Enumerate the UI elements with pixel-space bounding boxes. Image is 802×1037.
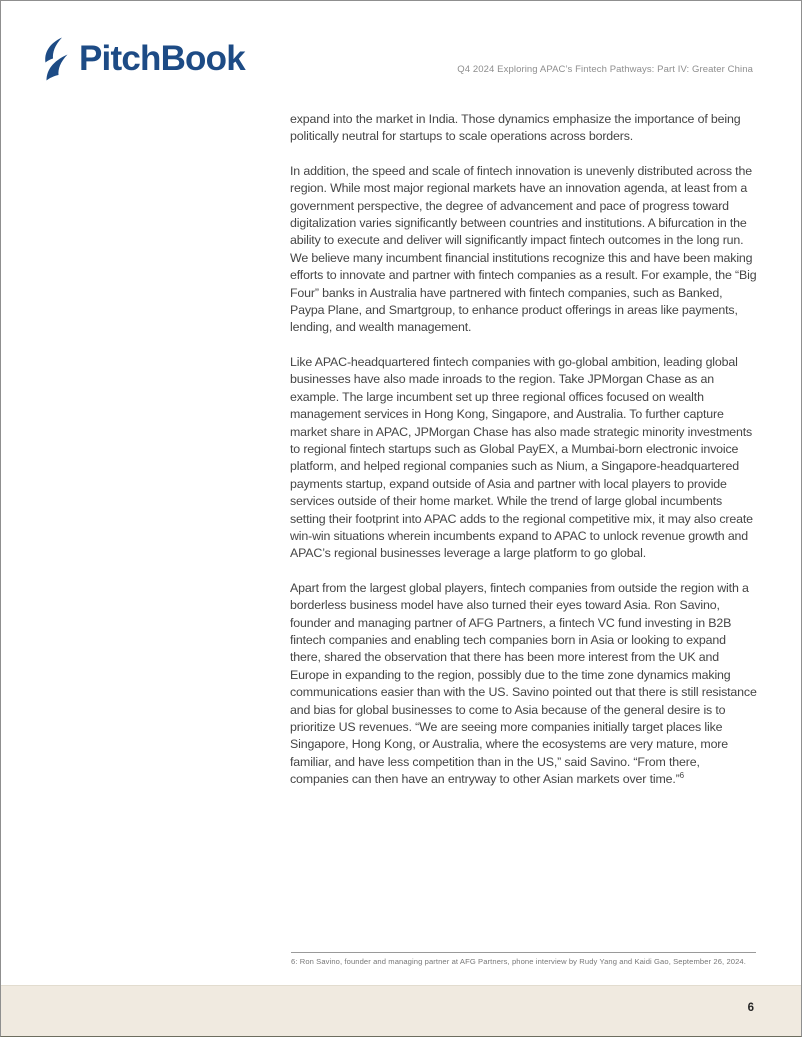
pitchbook-logo-text: PitchBook	[79, 39, 245, 79]
document-title: Q4 2024 Exploring APAC’s Fintech Pathway…	[457, 64, 753, 75]
footnote-text: 6: Ron Savino, founder and managing part…	[291, 957, 756, 966]
paragraph-1-text: expand into the market in India. Those d…	[290, 112, 740, 143]
footnote-reference-marker: 6	[680, 771, 684, 780]
body-text-column: expand into the market in India. Those d…	[290, 111, 757, 806]
footer-band: 6	[1, 985, 801, 1036]
footnote-divider	[291, 952, 756, 953]
footnote-block: 6: Ron Savino, founder and managing part…	[291, 952, 756, 966]
paragraph-3: Like APAC-headquartered fintech companie…	[290, 354, 757, 563]
pitchbook-logo: PitchBook	[43, 37, 245, 81]
paragraph-4-text: Apart from the largest global players, f…	[290, 581, 757, 786]
paragraph-3-text: Like APAC-headquartered fintech companie…	[290, 355, 753, 560]
report-page: PitchBook Q4 2024 Exploring APAC’s Finte…	[0, 0, 802, 1037]
paragraph-2: In addition, the speed and scale of fint…	[290, 163, 757, 337]
pitchbook-logo-icon	[43, 37, 74, 81]
page-number: 6	[748, 1002, 754, 1014]
paragraph-2-text: In addition, the speed and scale of fint…	[290, 164, 756, 335]
paragraph-1: expand into the market in India. Those d…	[290, 111, 757, 146]
paragraph-4: Apart from the largest global players, f…	[290, 580, 757, 789]
